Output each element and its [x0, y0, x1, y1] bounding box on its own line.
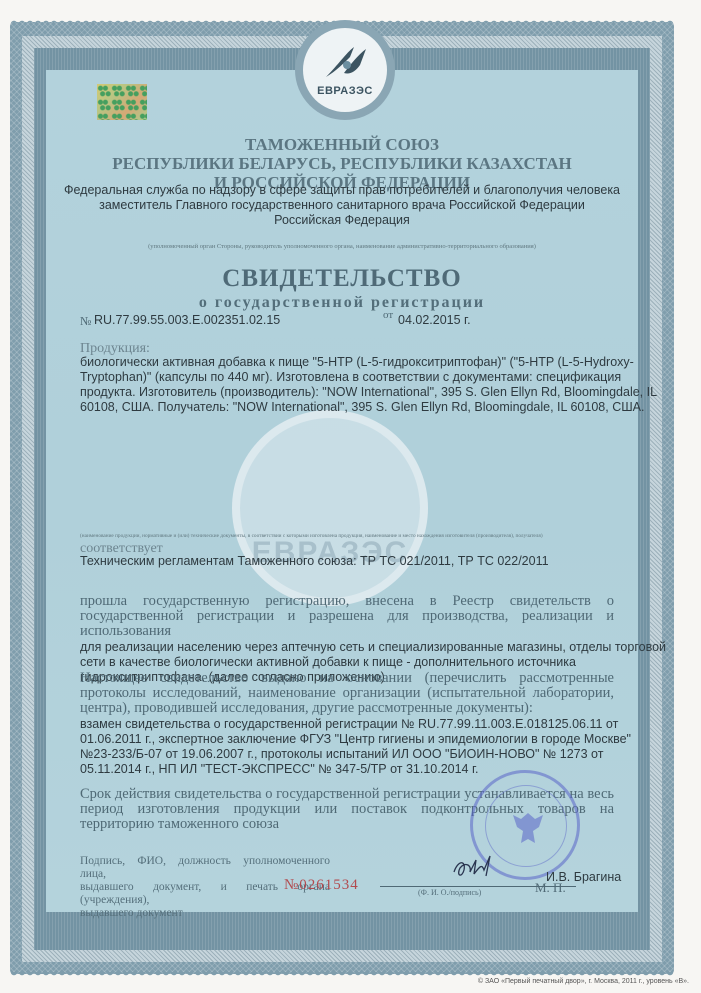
header-line-2: РЕСПУБЛИКИ БЕЛАРУСЬ, РЕСПУБЛИКИ КАЗАХСТА…: [46, 154, 638, 173]
product-description: биологически активная добавка к пище "5-…: [80, 355, 657, 415]
product-line-1: биологически активная добавка к пище "5-…: [80, 355, 657, 370]
document-title: СВИДЕТЕЛЬСТВО: [46, 265, 638, 293]
basis-line-1: Настоящее свидетельство выдано на основа…: [80, 671, 614, 686]
sig-instr-line-3: выдавшего документ: [80, 907, 330, 920]
double-headed-eagle-icon: [503, 803, 553, 853]
printer-footer: © ЗАО «Первый печатный двор», г. Москва,…: [478, 978, 689, 985]
authority-line-3: Российская Федерация: [46, 213, 638, 228]
evrazes-logo-icon: [320, 43, 370, 83]
usage-line-2: сети в качестве биологически активной до…: [80, 655, 666, 670]
authority-line-2: заместитель Главного государственного са…: [46, 198, 638, 213]
seal-place-label: М. П.: [535, 880, 566, 896]
form-serial-number: №0261534: [284, 877, 359, 894]
basis-label: Настоящее свидетельство выдано на основа…: [80, 671, 614, 716]
basis-line-2: протоколы исследований, наименование орг…: [80, 686, 614, 701]
status-line-3: использования: [80, 624, 614, 639]
status-line-1: прошла государственную регистрацию, внес…: [80, 594, 614, 609]
watermark-emblem: ЕВРАЗЭС: [232, 410, 428, 606]
handwritten-signature: [450, 852, 510, 882]
registration-date-label: от: [383, 309, 393, 321]
status-line-2: государственной регистрации и разрешена …: [80, 609, 614, 624]
registration-number: RU.77.99.55.003.E.002351.02.15: [94, 313, 280, 327]
basis-doc-line-1: взамен свидетельства о государственной р…: [80, 717, 631, 732]
authority-caption: (уполномоченный орган Стороны, руководит…: [46, 243, 638, 250]
product-caption: (наименование продукции, нормативные и (…: [80, 533, 620, 539]
basis-doc-line-3: №23-233/Б-07 от 19.06.2007 г., протоколы…: [80, 747, 631, 762]
basis-line-3: центра), проводившей исследования, други…: [80, 701, 614, 716]
emblem-text: ЕВРАЗЭС: [317, 85, 373, 97]
product-line-4: 60108, США. Получатель: "NOW Internation…: [80, 400, 657, 415]
basis-doc-line-2: 01.06.2011 г., экспертное заключение ФГУ…: [80, 732, 631, 747]
conformity-text: Техническим регламентам Таможенного союз…: [80, 554, 549, 569]
signature-caption: (Ф. И. О./подпись): [418, 888, 481, 897]
product-line-3: продукта. Изготовитель (производитель): …: [80, 385, 657, 400]
product-line-2: Tryptophan)" (капсулы по 440 мг). Изгото…: [80, 370, 657, 385]
registration-number-label: №: [80, 314, 91, 329]
usage-line-1: для реализации населению через аптечную …: [80, 640, 666, 655]
header-line-1: ТАМОЖЕННЫЙ СОЮЗ: [46, 135, 638, 154]
evrazes-emblem: ЕВРАЗЭС: [295, 20, 395, 120]
authority-line-1: Федеральная служба по надзору в сфере за…: [46, 183, 638, 198]
hologram-icon: [97, 84, 147, 120]
document-subtitle: о государственной регистрации: [46, 294, 638, 312]
basis-documents: взамен свидетельства о государственной р…: [80, 717, 631, 777]
registration-status: прошла государственную регистрацию, внес…: [80, 594, 614, 639]
registration-date: 04.02.2015 г.: [398, 313, 471, 327]
issuing-authority: Федеральная служба по надзору в сфере за…: [46, 183, 638, 228]
